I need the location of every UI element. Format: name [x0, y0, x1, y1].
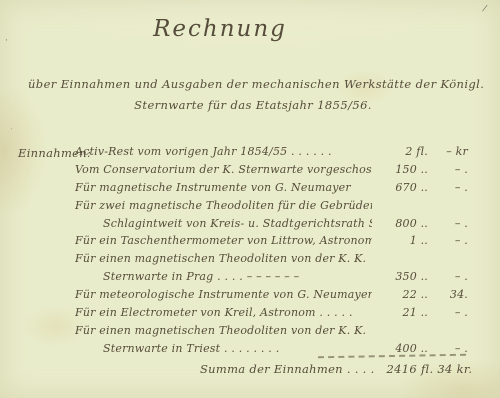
document-title: Rechnung — [0, 16, 470, 42]
entry-amount-florin: 1 .. — [372, 234, 428, 247]
entry-amount-florin: 800 .. — [372, 217, 428, 230]
ledger-row: Für einen magnetischen Theodoliten von d… — [75, 324, 470, 342]
entry-amount-florin: 400 .. — [372, 342, 428, 355]
entry-text: Für ein Electrometer von Kreil, Astronom… — [75, 306, 372, 319]
ledger-row: Activ-Rest vom vorigen Jahr 1854/55 . . … — [75, 145, 470, 163]
ledger-row: Vom Conservatorium der K. Sternwarte vor… — [75, 163, 470, 181]
entry-amount-florin: 150 .. — [372, 163, 428, 176]
document-subtitle: über Einnahmen und Ausgaben der mechanis… — [28, 74, 478, 116]
ledger-row: Schlagintweit von Kreis- u. Stadtgericht… — [75, 217, 470, 235]
entry-amount-kreuzer: – . — [428, 217, 470, 230]
entry-text: Sternwarte in Triest . . . . . . . . — [75, 342, 372, 355]
entry-text: Für einen magnetischen Theodoliten von d… — [75, 252, 372, 265]
entry-amount-kreuzer: – . — [428, 306, 470, 319]
subtitle-line-1: über Einnahmen und Ausgaben der mechanis… — [28, 74, 478, 95]
entry-text: Für magnetische Instrumente von G. Neuma… — [75, 181, 372, 194]
entry-amount-kreuzer: – kr — [428, 145, 470, 158]
entry-amount-florin: 21 .. — [372, 306, 428, 319]
entry-text: Activ-Rest vom vorigen Jahr 1854/55 . . … — [75, 145, 372, 158]
ledger-row: Für ein Electrometer von Kreil, Astronom… — [75, 306, 470, 324]
entry-amount-florin: 670 .. — [372, 181, 428, 194]
ledger-row: Sternwarte in Prag . . . . – – – – – –35… — [75, 270, 470, 288]
entry-amount-kreuzer: – . — [428, 181, 470, 194]
entry-text: Sternwarte in Prag . . . . – – – – – – — [75, 270, 372, 283]
ledger-row: Für meteorologische Instrumente von G. N… — [75, 288, 470, 306]
summa-row: Summa der Einnahmen . . . . 2416 fl. 34 … — [200, 362, 472, 376]
ledger-row: Für zwei magnetische Theodoliten für die… — [75, 199, 470, 217]
ink-speck: · — [5, 126, 15, 131]
ledger-entries: Activ-Rest vom vorigen Jahr 1854/55 . . … — [75, 145, 470, 360]
entry-amount-kreuzer: 34. — [428, 288, 470, 301]
entry-amount-kreuzer: – . — [428, 163, 470, 176]
ink-speck: / — [481, 4, 487, 14]
entry-amount-florin: 2 fl. — [372, 145, 428, 158]
manuscript-page: Rechnung über Einnahmen und Ausgaben der… — [0, 0, 500, 398]
subtitle-line-2: Sternwarte für das Etatsjahr 1855/56. — [28, 95, 478, 116]
summa-label: Summa der Einnahmen . . . . — [200, 362, 375, 376]
ink-speck: · — [5, 36, 8, 46]
entry-text: Für zwei magnetische Theodoliten für die… — [75, 199, 372, 212]
entry-text: Vom Conservatorium der K. Sternwarte vor… — [75, 163, 372, 176]
entry-amount-florin: 22 .. — [372, 288, 428, 301]
entry-amount-florin: 350 .. — [372, 270, 428, 283]
ledger-row: Für einen magnetischen Theodoliten von d… — [75, 252, 470, 270]
entry-text: Schlagintweit von Kreis- u. Stadtgericht… — [75, 217, 372, 230]
entry-text: Für einen magnetischen Theodoliten von d… — [75, 324, 372, 337]
entry-amount-kreuzer: – . — [428, 270, 470, 283]
ledger-row: Für ein Taschenthermometer von Littrow, … — [75, 234, 470, 252]
entry-amount-kreuzer: – . — [428, 234, 470, 247]
entry-text: Für meteorologische Instrumente von G. N… — [75, 288, 372, 301]
ledger-row: Sternwarte in Triest . . . . . . . .400 … — [75, 342, 470, 360]
summa-amount: 2416 fl. 34 kr. — [387, 362, 473, 376]
ledger-row: Für magnetische Instrumente von G. Neuma… — [75, 181, 470, 199]
entry-text: Für ein Taschenthermometer von Littrow, … — [75, 234, 372, 247]
